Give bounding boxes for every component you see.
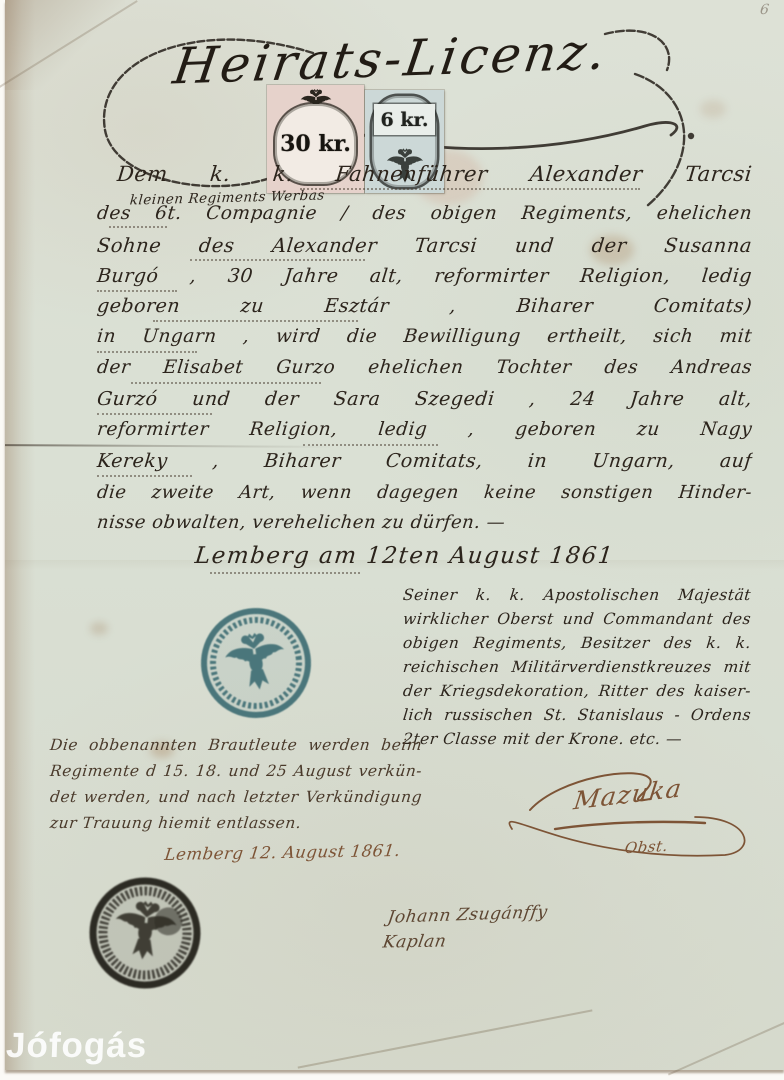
body-line: nisse obwalten, verehelichen zu dürfen. … — [96, 512, 506, 533]
stamp-6kr-value: 6 kr. — [381, 109, 429, 131]
authority-line: reichischen Militärverdienstkreuzes mit — [402, 658, 752, 677]
body-line: des 6t. Compagnie / des obigen Regiments… — [96, 203, 753, 226]
dotted-blank — [210, 570, 360, 574]
body-line: Dem k. k. Fahnenführer Alexander Tarcsi — [116, 162, 754, 188]
announcement-line: Die obbenannten Brautleute werden beim — [49, 736, 423, 755]
body-line: geboren zu Esztár , Biharer Comitats) — [96, 295, 753, 319]
authority-line: obigen Regiments, Besitzer des k. k. oes… — [402, 634, 752, 653]
authority-line: wirklicher Oberst und Commandant des — [402, 610, 752, 629]
authority-line: lich russischen St. Stanislaus - Ordens — [402, 706, 752, 725]
watermark-label: Jófogás — [5, 1026, 148, 1066]
fold-crease-bottom-right — [668, 996, 784, 1075]
signature-rank: Obst. — [624, 837, 669, 857]
ink-stamp-black — [83, 871, 206, 994]
fold-crease-horizontal — [5, 444, 335, 448]
body-line: Gurzó und der Sara Szegedi , 24 Jahre al… — [96, 388, 753, 412]
authority-line: Seiner k. k. Apostolischen Majestät — [402, 586, 752, 605]
announcement-line: det werden, und nach letzter Verkündigun… — [49, 788, 423, 807]
body-date-line: Lemberg am 12ten August 1861 — [194, 543, 616, 569]
announcement-line: zur Trauung hiemit entlassen. — [49, 814, 302, 832]
dotted-blank — [303, 442, 438, 446]
body-line: reformirter Religion, ledig , geboren zu… — [96, 419, 753, 442]
body-line: Burgó , 30 Jahre alt, reformirter Religi… — [96, 265, 753, 289]
foxing-spot — [90, 622, 108, 635]
fold-crease-bottom — [298, 1009, 593, 1068]
aged-top-left-corner — [5, 0, 125, 90]
aged-left-edge — [5, 0, 35, 1070]
stamp-6kr-tablet: 6 kr. — [374, 104, 434, 135]
dotted-blank — [131, 380, 321, 384]
chaplain-name: Johann Zsugánffy — [386, 902, 549, 928]
body-line: die zweite Art, wenn dagegen keine sonst… — [96, 482, 753, 505]
stamp-30kr-value: 30 kr. — [280, 131, 351, 157]
dotted-blank — [97, 349, 197, 353]
pen-mark: 6 — [759, 2, 770, 18]
foxing-spot — [700, 100, 726, 118]
announcement-date: Lemberg 12. August 1861. — [164, 841, 402, 864]
signature-name: Mazuka — [572, 774, 684, 816]
body-line: Kereky , Biharer Comitats, in Ungarn, au… — [96, 450, 753, 474]
announcement-line: Regimente d 15. 18. und 25 August verkün… — [49, 762, 423, 781]
regimental-seal-teal — [193, 600, 319, 726]
authority-line: 2ter Classe mit der Krone. etc. — — [402, 730, 683, 748]
document-title: Heirats-Licenz. — [170, 22, 612, 95]
authority-line: der Kriegsdekoration, Ritter des kaiser- — [402, 682, 752, 701]
fold-crease-topleft — [0, 0, 137, 91]
body-line: der Elisabet Gurzo ehelichen Tochter des… — [96, 357, 753, 380]
chaplain-title: Kaplan — [381, 931, 448, 952]
body-line: in Ungarn , wird die Bewilligung ertheil… — [96, 326, 753, 349]
body-line: Sohne des Alexander Tarcsi und der Susan… — [96, 234, 754, 258]
document-paper: 6 Heirats-Licenz. 30 kr. 6 kr. — [5, 0, 784, 1070]
